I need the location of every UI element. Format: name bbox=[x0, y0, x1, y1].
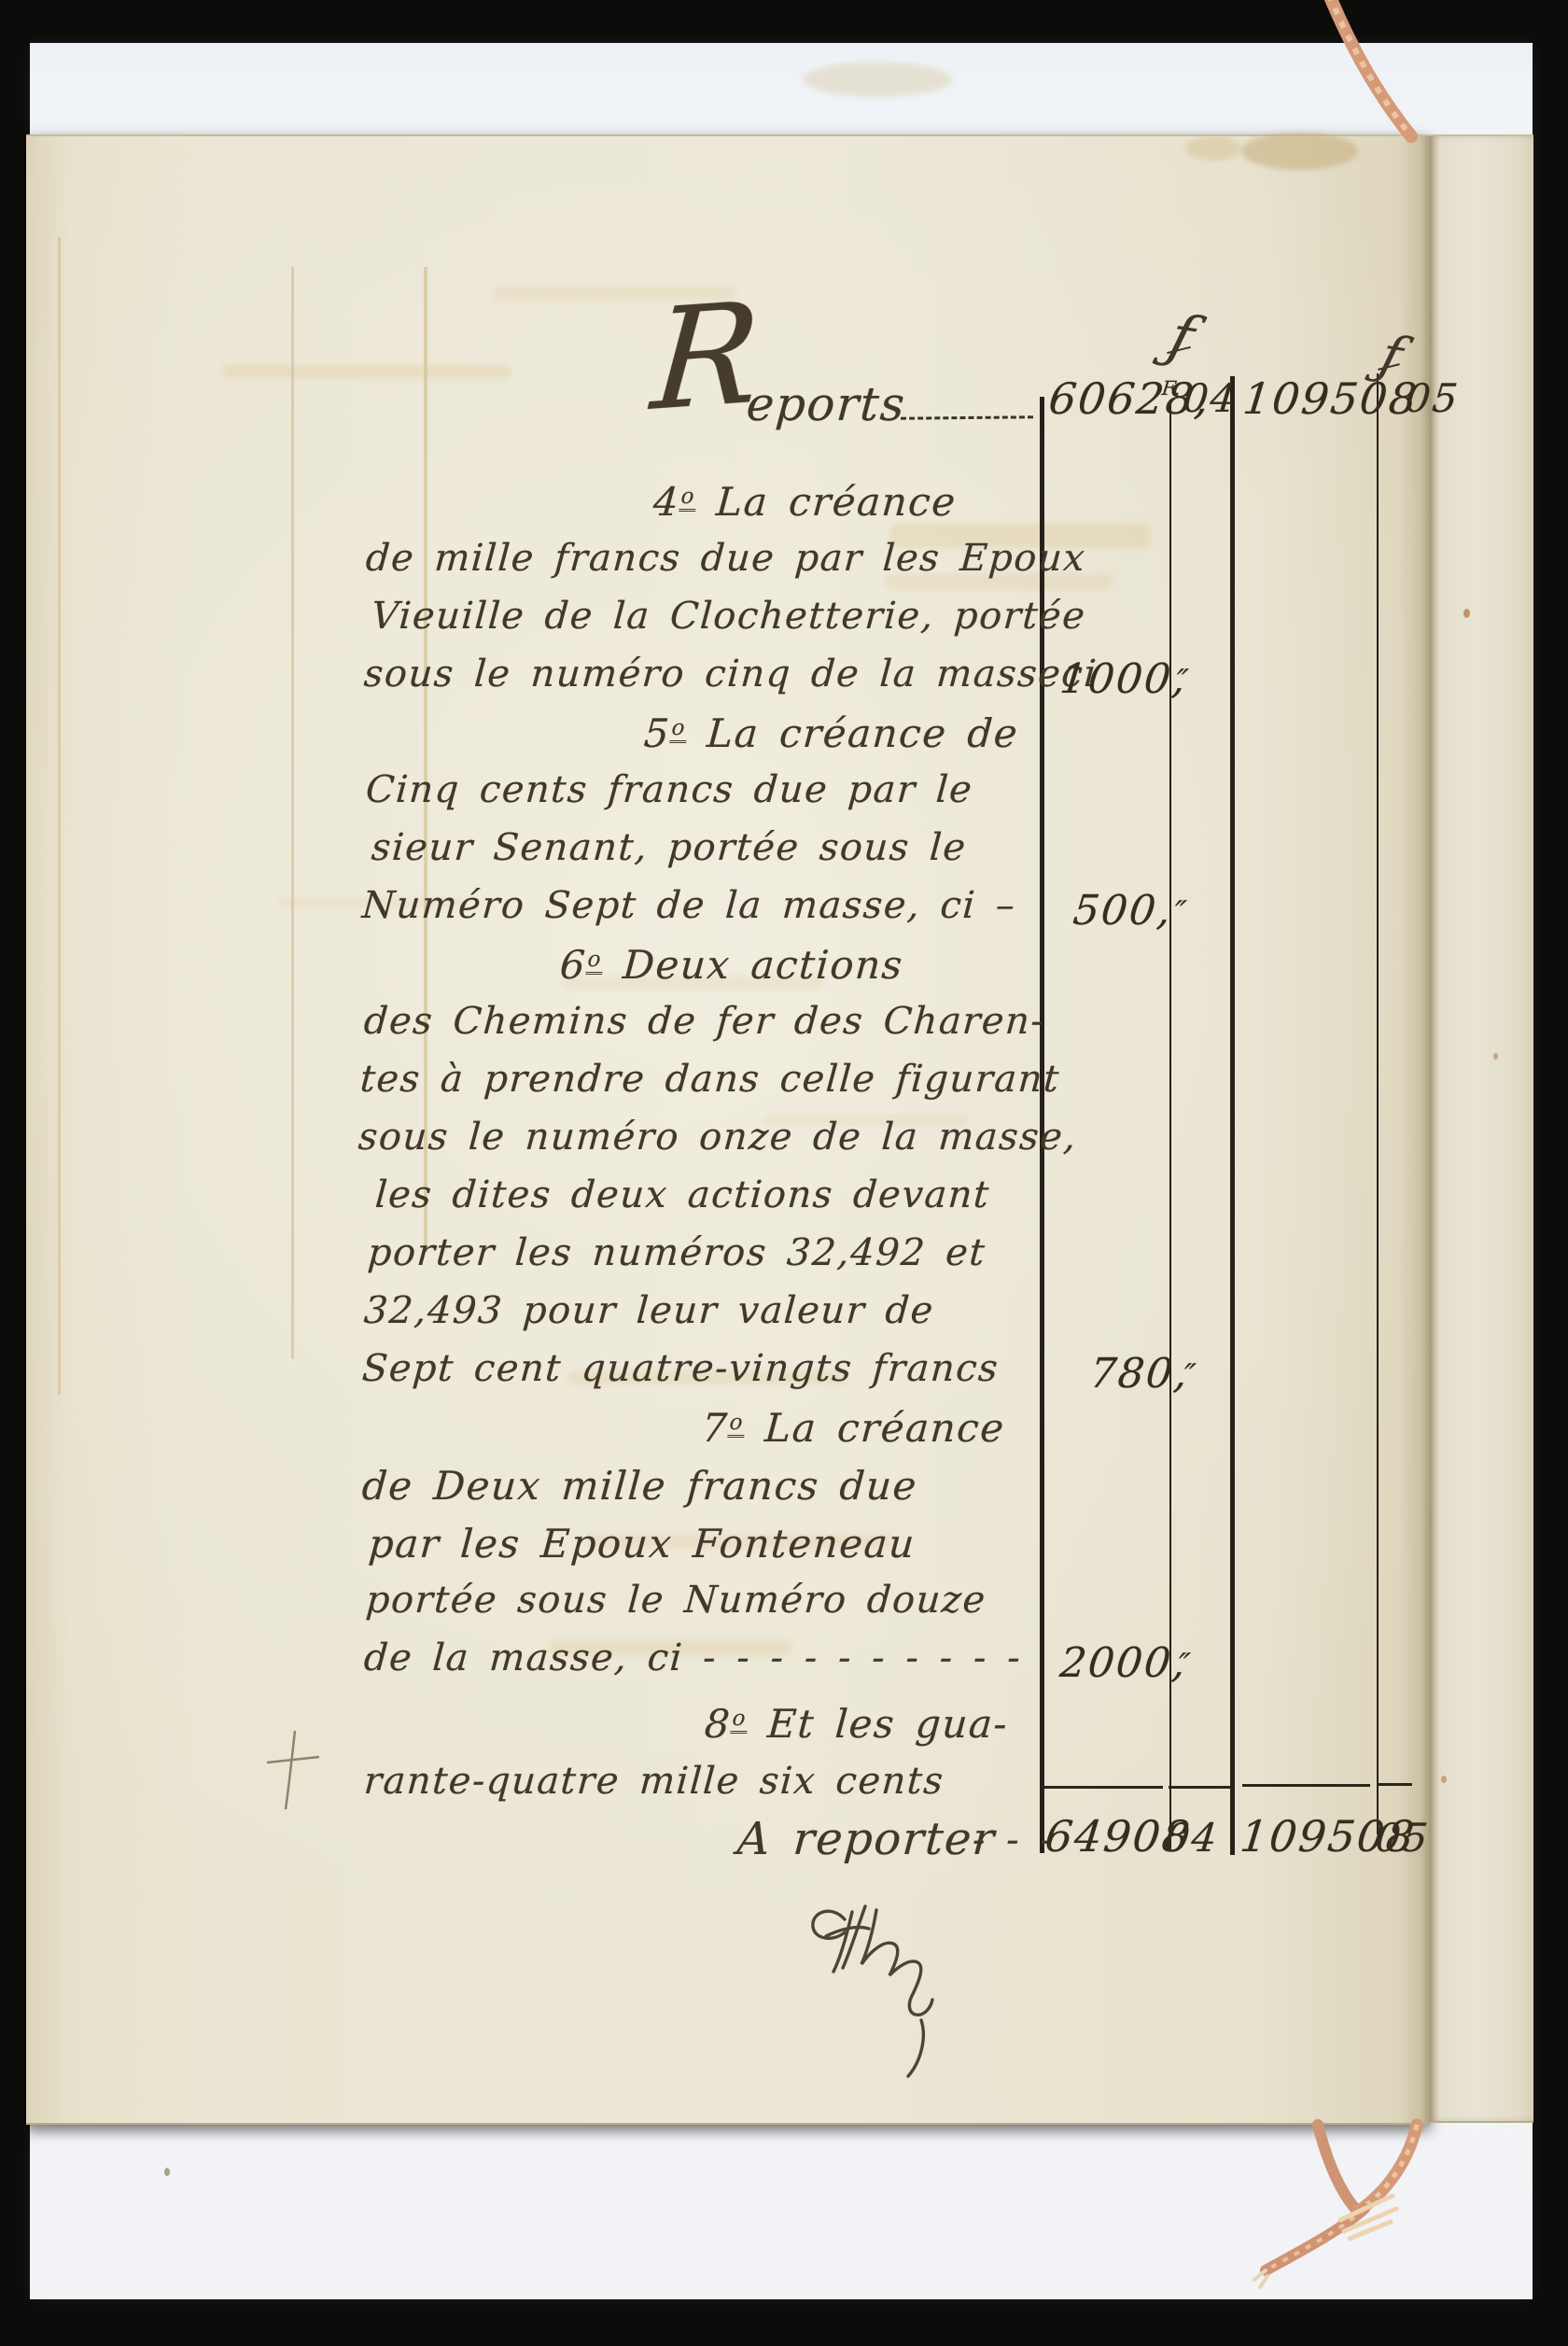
manuscript-line: de la masse, ci - - - - - - - - - - bbox=[362, 1637, 1022, 1679]
ordinal-number: 8 bbox=[703, 1701, 733, 1747]
column-rule-thin-1 bbox=[1169, 403, 1171, 1848]
manuscript-line: de mille francs due par les Epoux bbox=[364, 537, 1087, 580]
totals-label: A reporter bbox=[735, 1813, 997, 1865]
manuscript-line: des Chemins de fer des Charen- bbox=[362, 1000, 1046, 1043]
manuscript-line: rante-quatre mille six cents bbox=[362, 1760, 945, 1803]
manuscript-line: tes à prendre dans celle figurant bbox=[358, 1058, 1061, 1101]
bleedthrough-line bbox=[424, 267, 427, 1252]
ordinal-number: 5 bbox=[642, 710, 672, 756]
manuscript-line: sous le numéro cinq de la masseci bbox=[362, 653, 1099, 695]
reports-col1-sup: F. bbox=[1161, 377, 1184, 400]
ordinal-number: 4 bbox=[651, 479, 681, 525]
paper-speck bbox=[1441, 1776, 1447, 1783]
paper-stain bbox=[1241, 133, 1358, 170]
reports-word: eports bbox=[745, 377, 907, 431]
manuscript-line: 7o La créance bbox=[700, 1405, 1006, 1451]
amount-value: 1000, bbox=[1057, 655, 1189, 703]
manuscript-line: 5o La créance de bbox=[642, 710, 1020, 756]
manuscript-line: par les Epoux Fonteneau bbox=[367, 1521, 917, 1566]
manuscript-line: Cinq cents francs due par le bbox=[364, 768, 974, 811]
reports-col1-cents: 04 bbox=[1181, 375, 1239, 421]
amount-value: 780, bbox=[1087, 1350, 1191, 1398]
page-fold-edge bbox=[1430, 134, 1533, 2123]
manuscript-line: porter les numéros 32,492 et bbox=[366, 1231, 987, 1274]
manuscript-line: 6o Deux actions bbox=[558, 942, 904, 988]
ordinal-suffix: o bbox=[679, 485, 696, 512]
manuscript-line: de Deux mille francs due bbox=[360, 1463, 918, 1509]
manuscript-line: portée sous le Numéro douze bbox=[364, 1579, 987, 1622]
paper-speck bbox=[164, 2168, 170, 2176]
bleedthrough-line bbox=[291, 267, 294, 1359]
column-rule-thin-2 bbox=[1377, 373, 1379, 1834]
manuscript-line: sous le numéro onze de la masse, bbox=[357, 1116, 1078, 1159]
total-rule-seg1 bbox=[1043, 1786, 1163, 1789]
manuscript-line: sieur Senant, portée sous le bbox=[370, 826, 968, 869]
bleedthrough-line bbox=[58, 237, 61, 1395]
ordinal-number: 6 bbox=[558, 942, 588, 988]
reports-col2-cents: 05 bbox=[1403, 375, 1462, 421]
ordinal-number: 7 bbox=[700, 1405, 730, 1451]
total-rule-seg4 bbox=[1379, 1783, 1412, 1786]
totals-col1-cents: 04 bbox=[1162, 1815, 1221, 1861]
manuscript-line: les dites deux actions devant bbox=[373, 1173, 991, 1216]
paper-speck bbox=[1463, 609, 1470, 618]
totals-col2-cents: 05 bbox=[1373, 1815, 1432, 1861]
scanned-document: R eports 60628, F. 04 109508 05 ƒ ƒ 4o L… bbox=[0, 0, 1568, 2346]
bleedthrough-smear bbox=[222, 365, 511, 378]
manuscript-line: Sept cent quatre-vingts francs bbox=[360, 1347, 1000, 1390]
total-rule-seg2 bbox=[1169, 1786, 1230, 1789]
ordinal-suffix: o bbox=[669, 716, 687, 743]
total-rule-seg3 bbox=[1242, 1784, 1370, 1787]
ordinal-suffix: o bbox=[727, 1411, 745, 1438]
ordinal-suffix: o bbox=[585, 948, 603, 975]
paper-speck bbox=[1493, 1053, 1498, 1060]
manuscript-line: 4o La créance bbox=[651, 479, 958, 525]
manuscript-line: 8o Et les gua- bbox=[703, 1701, 1010, 1747]
column-rule-thick-2 bbox=[1230, 376, 1235, 1855]
amount-value: 2000, bbox=[1057, 1639, 1189, 1687]
manuscript-line: Numéro Sept de la masse, ci – bbox=[360, 884, 1017, 927]
paper-stain bbox=[803, 62, 952, 97]
paper-stain bbox=[1185, 136, 1241, 161]
manuscript-line: 32,493 pour leur valeur de bbox=[362, 1289, 935, 1332]
ordinal-suffix: o bbox=[730, 1707, 748, 1734]
amount-value: 500, bbox=[1071, 887, 1174, 934]
manuscript-line: Vieuille de la Clochetterie, portée bbox=[370, 595, 1087, 638]
